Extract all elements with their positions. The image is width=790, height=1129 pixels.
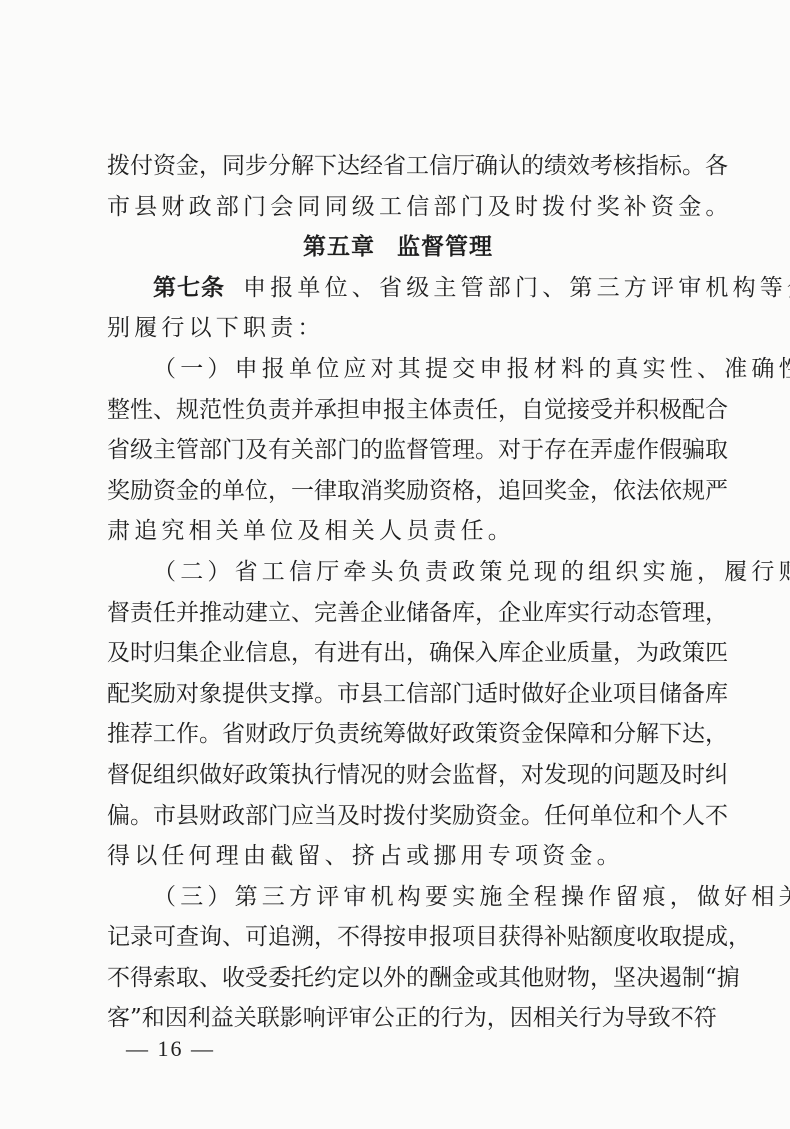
body-text-line: 拨付资金，同步分解下达经省工信厅确认的绩效考核指标。各 <box>107 146 689 187</box>
chapter-title: 监督管理 <box>397 234 493 260</box>
article-label: 第七条 <box>153 275 225 301</box>
clause-line: 奖励资金的单位，一律取消奖励资格，追回奖金，依法依规严 <box>107 471 689 512</box>
chapter-heading: 第五章监督管理 <box>107 227 689 268</box>
clause-2: （二）省工信厅牵头负责政策兑现的组织实施，履行财会监 督责任并推动建立、完善企业… <box>107 552 689 877</box>
clause-line: 整性、规范性负责并承担申报主体责任，自觉接受并积极配合 <box>107 390 689 431</box>
clause-line: （三）第三方评审机构要实施全程操作留痕，做好相关操作 <box>107 877 689 918</box>
clause-line: 客”和因利益关联影响评审公正的行为，因相关行为导致不符 <box>107 998 689 1039</box>
clause-line: （一）申报单位应对其提交申报材料的真实性、准确性、完 <box>107 349 689 390</box>
chapter-number: 第五章 <box>303 234 375 260</box>
body-text-line: 别履行以下职责： <box>107 308 689 349</box>
clause-line: 肃追究相关单位及相关人员责任。 <box>107 511 689 552</box>
clause-line: （二）省工信厅牵头负责政策兑现的组织实施，履行财会监 <box>107 552 689 593</box>
clause-line: 配奖励对象提供支撑。市县工信部门适时做好企业项目储备库 <box>107 674 689 715</box>
clause-line: 省级主管部门及有关部门的监督管理。对于存在弄虚作假骗取 <box>107 430 689 471</box>
clause-line: 督责任并推动建立、完善企业储备库，企业库实行动态管理， <box>107 593 689 634</box>
article-intro: 申报单位、省级主管部门、第三方评审机构等分 <box>243 275 790 301</box>
clause-line: 督促组织做好政策执行情况的财会监督，对发现的问题及时纠 <box>107 755 689 796</box>
clause-line: 得以任何理由截留、挤占或挪用专项资金。 <box>107 836 689 877</box>
clause-1: （一）申报单位应对其提交申报材料的真实性、准确性、完 整性、规范性负责并承担申报… <box>107 349 689 552</box>
clause-line: 记录可查询、可追溯，不得按申报项目获得补贴额度收取提成， <box>107 917 689 958</box>
clause-line: 推荐工作。省财政厅负责统筹做好政策资金保障和分解下达， <box>107 714 689 755</box>
document-page: 拨付资金，同步分解下达经省工信厅确认的绩效考核指标。各 市县财政部门会同同级工信… <box>107 146 689 1039</box>
clause-line: 不得索取、收受委托约定以外的酬金或其他财物，坚决遏制“掮 <box>107 958 689 999</box>
page-number: — 16 — <box>126 1036 215 1062</box>
clause-line: 偏。市县财政部门应当及时拨付奖励资金。任何单位和个人不 <box>107 796 689 837</box>
clause-line: 及时归集企业信息，有进有出，确保入库企业质量，为政策匹 <box>107 633 689 674</box>
article-first-line: 第七条申报单位、省级主管部门、第三方评审机构等分 <box>107 268 689 309</box>
body-text-line: 市县财政部门会同同级工信部门及时拨付奖补资金。 <box>107 187 689 228</box>
clause-3: （三）第三方评审机构要实施全程操作留痕，做好相关操作 记录可查询、可追溯，不得按… <box>107 877 689 1039</box>
